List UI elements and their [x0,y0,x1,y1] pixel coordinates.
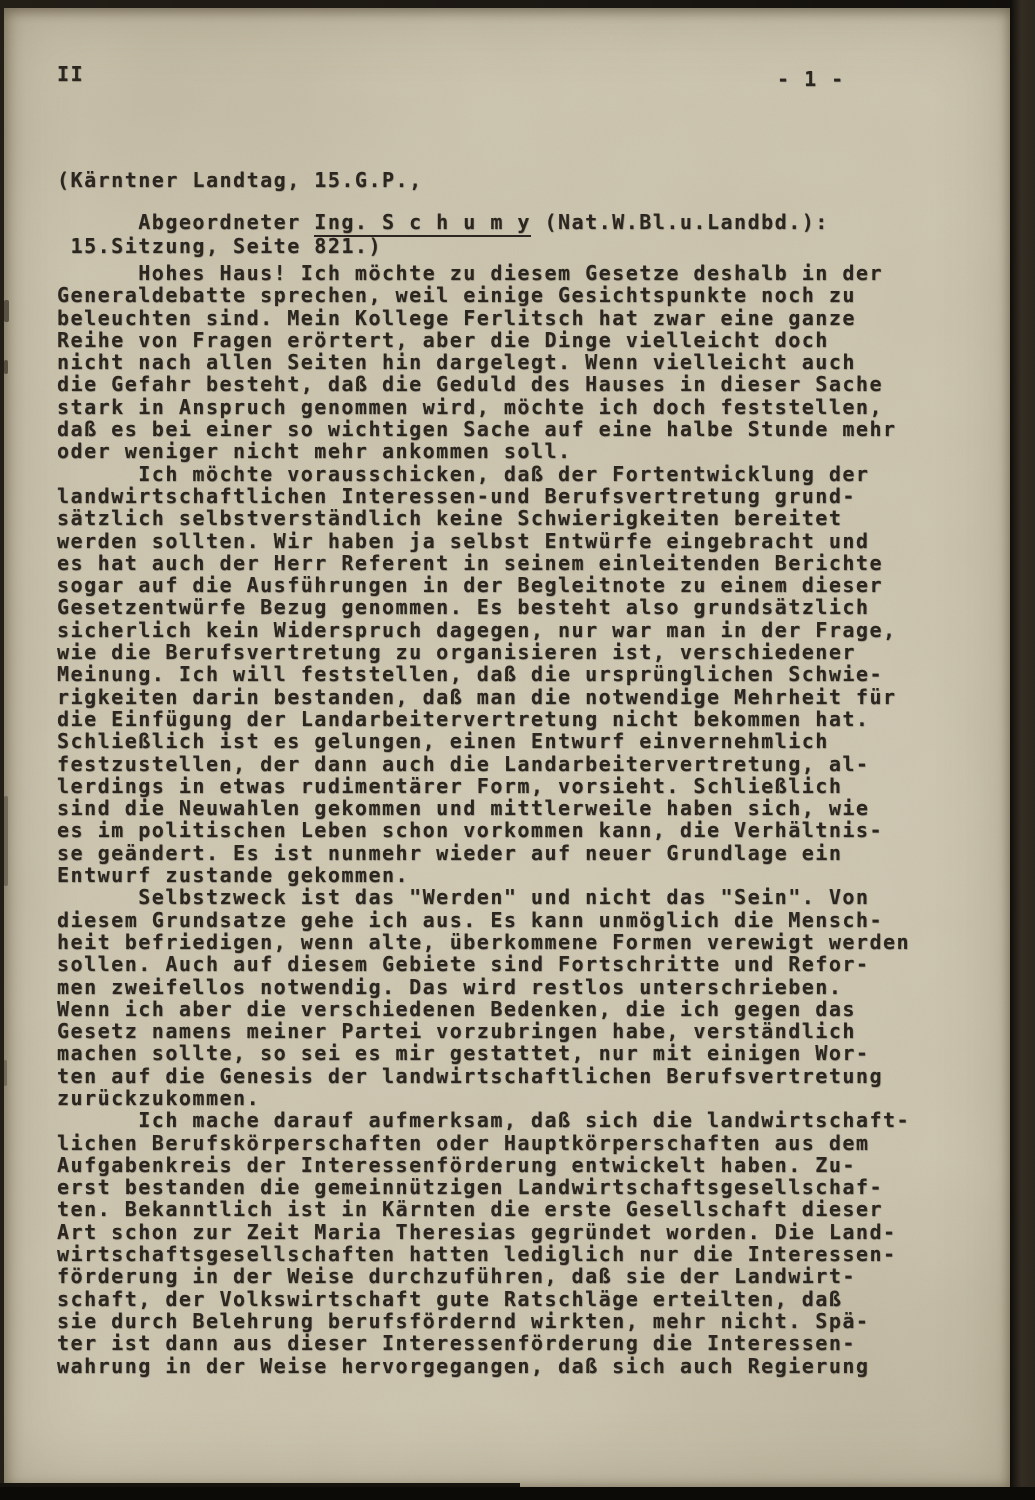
speech-line: machen sollte, so sei es mir gestattet, … [57,1042,910,1064]
speech-line: heit befriedigen, wenn alte, überkommene… [57,931,910,953]
speech-line: werden sollten. Wir haben ja selbst Entw… [57,530,910,552]
speech-line: Gesetzentwürfe Bezug genommen. Es besteh… [57,596,910,618]
speech-line: nicht nach allen Seiten hin dargelegt. W… [57,351,910,373]
speech-line: oder weniger nicht mehr ankommen soll. [57,440,910,462]
speech-line: ten. Bekanntlich ist in Kärnten die erst… [57,1198,910,1220]
speaker-line: Abgeordneter Ing. S c h u m y (Nat.W.Bl.… [57,210,829,234]
speech-line: förderung in der Weise durchzuführen, da… [57,1265,910,1287]
speech-line: Meinung. Ich will feststellen, daß die u… [57,663,910,685]
speech-line: stark in Anspruch genommen wird, möchte … [57,396,910,418]
speaker-party: (Nat.W.Bl.u.Landbd.): [531,210,829,234]
scanned-page: II - 1 - (Kärntner Landtag, 15.G.P., 15.… [0,0,1035,1500]
speech-line: die Einfügung der Landarbeitervertretung… [57,708,910,730]
speech-line: sätzlich selbstverständlich keine Schwie… [57,507,910,529]
speech-line: die Gefahr besteht, daß die Geduld des H… [57,373,910,395]
scan-smudge [4,1060,7,1086]
speech-line: Gesetz namens meiner Partei vorzubringen… [57,1020,910,1042]
speech-line: landwirtschaftlichen Interessen-und Beru… [57,485,910,507]
speech-line: Schließlich ist es gelungen, einen Entwu… [57,730,910,752]
speech-line: rigkeiten darin bestanden, daß man die n… [57,686,910,708]
speech-line: sind die Neuwahlen gekommen und mittlerw… [57,797,910,819]
speech-line: es hat auch der Herr Referent in seinem … [57,552,910,574]
speech-line: wahrung in der Weise hervorgegangen, daß… [57,1355,910,1377]
speech-line: Ich mache darauf aufmerksam, daß sich di… [57,1109,910,1131]
scan-border-bottom [0,1487,1035,1500]
scan-smudge [4,360,8,374]
speech-line: sie durch Belehrung berufsfördernd wirkt… [57,1310,910,1332]
speech-line: Aufgabenkreis der Interessenförderung en… [57,1154,910,1176]
speech-line: diesem Grundsatze gehe ich aus. Es kann … [57,909,910,931]
page-number: - 1 - [777,67,845,91]
speech-line: es im politischen Leben schon vorkommen … [57,819,910,841]
speaker-name: Ing. S c h u m y [314,210,531,237]
scan-border-right [1010,0,1035,1500]
speech-line: Reihe von Fragen erörtert, aber die Ding… [57,329,910,351]
speech-line: Generaldebatte sprechen, weil einige Ges… [57,284,910,306]
speech-line: Selbstzweck ist das "Werden" und nicht d… [57,886,910,908]
speech-line: sollen. Auch auf diesem Gebiete sind For… [57,953,910,975]
speech-line: daß es bei einer so wichtigen Sache auf … [57,418,910,440]
speech-line: men zweifellos notwendig. Das wird restl… [57,976,910,998]
speech-line: sogar auf die Ausführungen in der Beglei… [57,574,910,596]
speech-line: Ich möchte vorausschicken, daß der Forte… [57,463,910,485]
volume-label: II [57,62,84,86]
speech-line: erst bestanden die gemeinnützigen Landwi… [57,1176,910,1198]
scan-smudge [4,796,8,886]
reference-line-2: 15.Sitzung, Seite 821.) [57,235,423,257]
speech-line: ter ist dann aus dieser Interessenförder… [57,1332,910,1354]
speech-line: Wenn ich aber die verschiedenen Bedenken… [57,998,910,1020]
speech-line: wirtschaftsgesellschaften hatten ledigli… [57,1243,910,1265]
speech-line: lerdings in etwas rudimentärer Form, vor… [57,775,910,797]
speaker-prefix: Abgeordneter [57,210,314,234]
speech-line: lichen Berufskörperschaften oder Hauptkö… [57,1132,910,1154]
speech-line: se geändert. Es ist nunmehr wieder auf n… [57,842,910,864]
speech-line: festzustellen, der dann auch die Landarb… [57,753,910,775]
speech-line: wie die Berufsvertretung zu organisieren… [57,641,910,663]
speech-line: Art schon zur Zeit Maria Theresias gegrü… [57,1221,910,1243]
scan-smudge [4,300,9,322]
speech-line: ten auf die Genesis der landwirtschaftli… [57,1065,910,1087]
speech-line: Entwurf zustande gekommen. [57,864,910,886]
speech-line: schaft, der Volkswirtschaft gute Ratschl… [57,1288,910,1310]
paper-sheet: II - 1 - (Kärntner Landtag, 15.G.P., 15.… [4,8,1010,1487]
speech-line: zurückzukommen. [57,1087,910,1109]
speech-line: Hohes Haus! Ich möchte zu diesem Gesetze… [57,262,910,284]
speech-body: Hohes Haus! Ich möchte zu diesem Gesetze… [57,262,910,1377]
reference-line-1: (Kärntner Landtag, 15.G.P., [57,169,423,191]
speech-line: sicherlich kein Widerspruch dagegen, nur… [57,619,910,641]
speech-line: beleuchten sind. Mein Kollege Ferlitsch … [57,307,910,329]
